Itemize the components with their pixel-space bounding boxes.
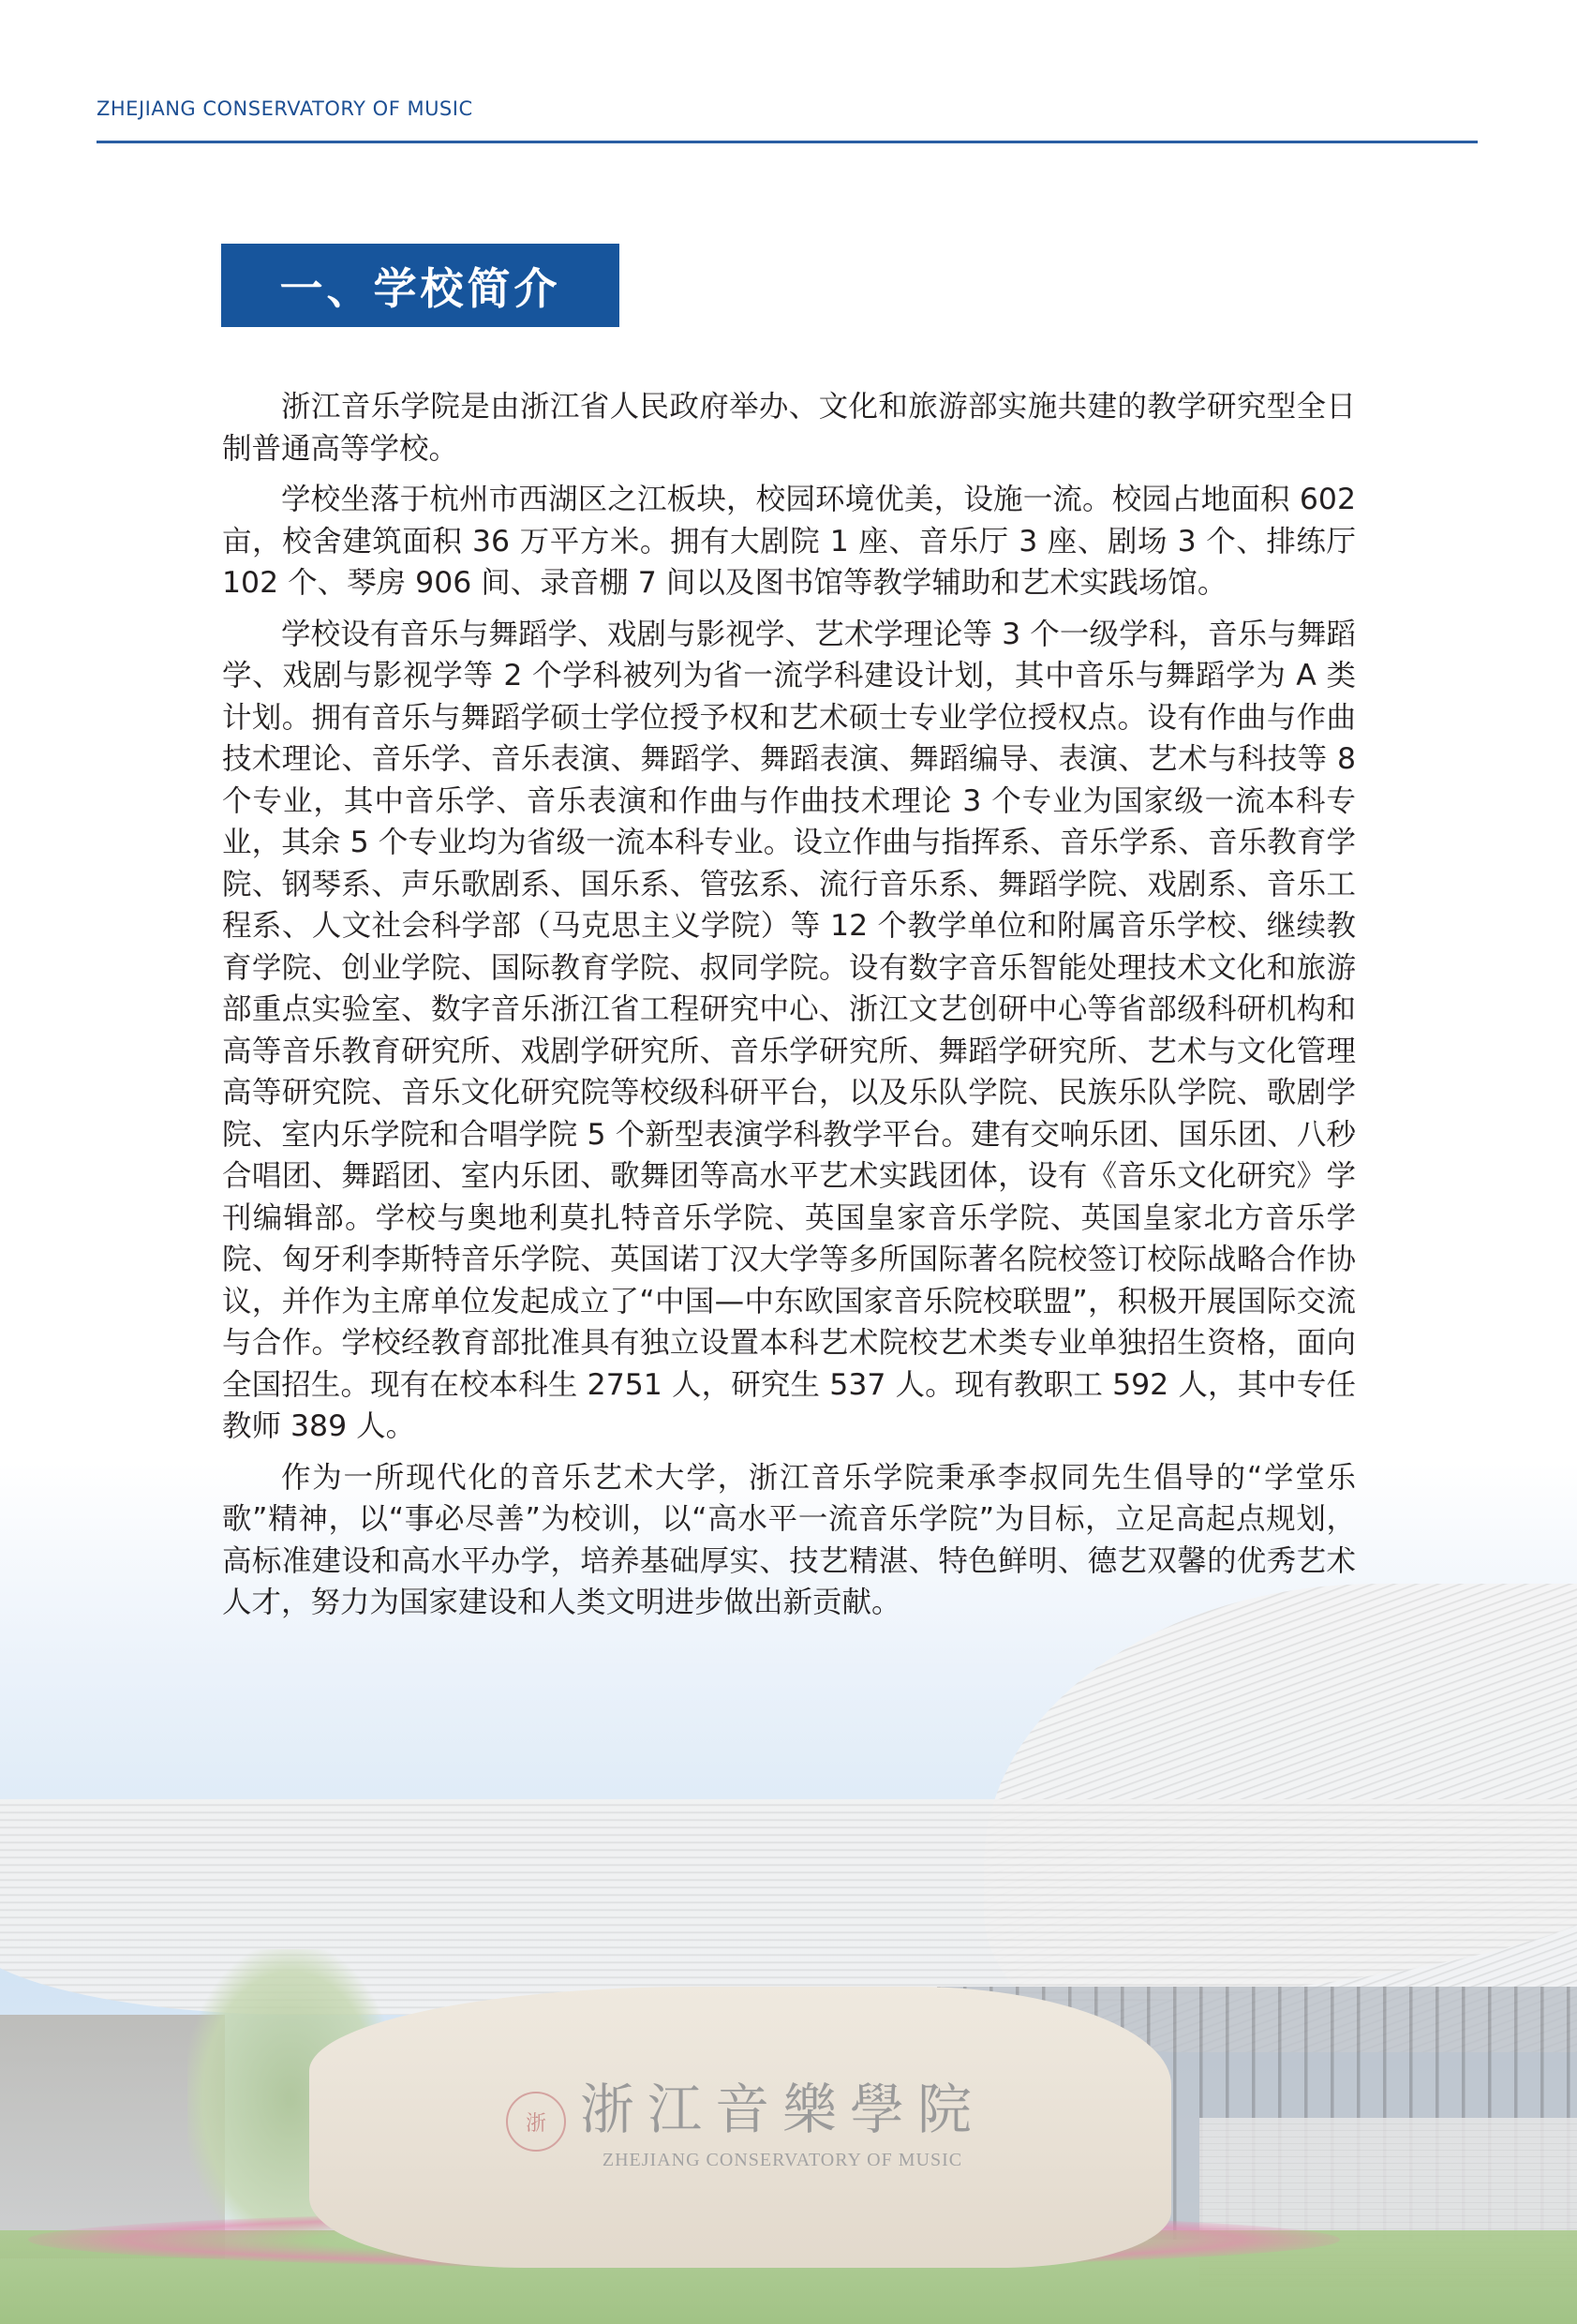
header-divider	[97, 141, 1478, 143]
paragraph-founding: 浙江音乐学院是由浙江省人民政府举办、文化和旅游部实施共建的教学研究型全日制普通高…	[222, 386, 1356, 469]
section-title-box: 一、学校简介	[221, 244, 619, 327]
stone-inscription-english: ZHEJIANG CONSERVATORY OF MUSIC	[603, 2150, 962, 2171]
intro-body: 浙江音乐学院是由浙江省人民政府举办、文化和旅游部实施共建的教学研究型全日制普通高…	[222, 386, 1356, 1633]
paragraph-mission: 作为一所现代化的音乐艺术大学，浙江音乐学院秉承李叔同先生倡导的“学堂乐歌”精神，…	[222, 1457, 1356, 1624]
inscription-stone: 浙 浙江音樂學院 ZHEJIANG CONSERVATORY OF MUSIC	[309, 1987, 1171, 2268]
section-title: 一、学校简介	[280, 255, 561, 317]
running-header: ZHEJIANG CONSERVATORY OF MUSIC	[97, 97, 473, 120]
school-seal-icon: 浙	[506, 2092, 566, 2152]
paragraph-disciplines: 学校设有音乐与舞蹈学、戏剧与影视学、艺术学理论等 3 个一级学科，音乐与舞蹈学、…	[222, 614, 1356, 1448]
paragraph-campus: 学校坐落于杭州市西湖区之江板块，校园环境优美，设施一流。校园占地面积 602 亩…	[222, 479, 1356, 604]
stone-inscription-chinese: 浙江音樂學院	[580, 2065, 985, 2144]
